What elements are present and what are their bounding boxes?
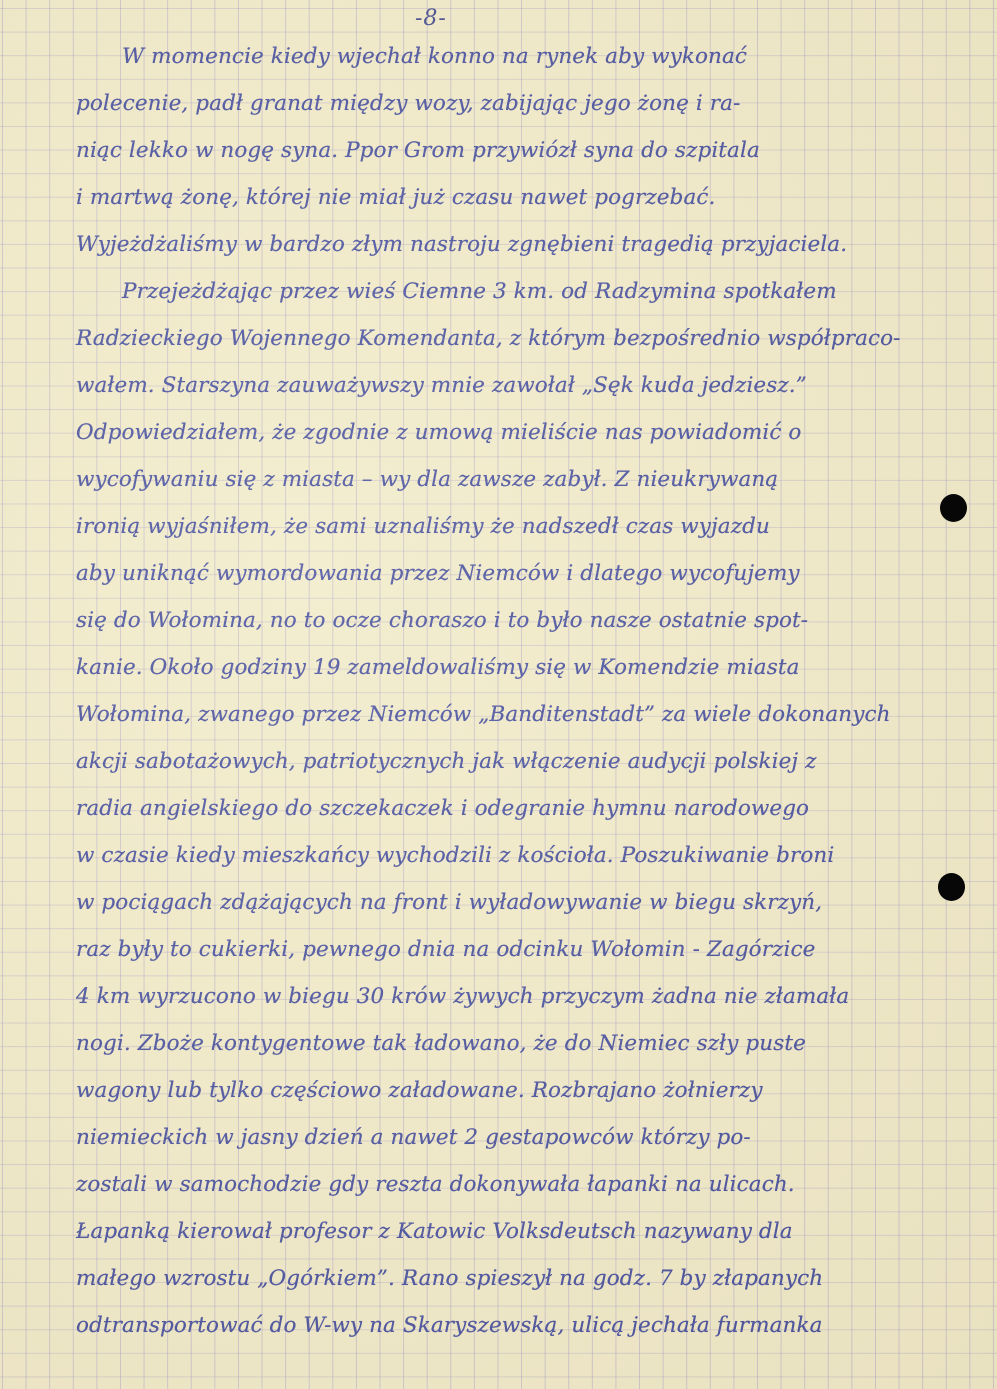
text-line: wycofywaniu się z miasta – wy dla zawsze… bbox=[76, 467, 956, 507]
text-line: w pociągach zdążających na front i wyład… bbox=[76, 890, 956, 930]
text-line: Łapanką kierował profesor z Katowic Volk… bbox=[76, 1219, 956, 1259]
text-line: się do Wołomina, no to ocze choraszo i t… bbox=[76, 608, 956, 648]
text-line: aby uniknąć wymordowania przez Niemców i… bbox=[76, 561, 956, 601]
text-line: W momencie kiedy wjechał konno na rynek … bbox=[122, 44, 997, 84]
text-line: nogi. Zboże kontygentowe tak ładowano, ż… bbox=[76, 1031, 956, 1071]
text-line: 4 km wyrzucono w biegu 30 krów żywych pr… bbox=[76, 984, 956, 1024]
notebook-page: -8- W momencie kiedy wjechał konno na ry… bbox=[0, 0, 997, 1389]
text-line: kanie. Około godziny 19 zameldowaliśmy s… bbox=[76, 655, 956, 695]
text-line: Radzieckiego Wojennego Komendanta, z któ… bbox=[76, 326, 956, 366]
punch-hole bbox=[938, 873, 965, 901]
text-line: Wołomina, zwanego przez Niemców „Bandite… bbox=[76, 702, 956, 742]
text-line: i martwą żonę, której nie miał już czasu… bbox=[76, 185, 956, 225]
text-line: polecenie, padł granat między wozy, zabi… bbox=[76, 91, 956, 131]
punch-hole bbox=[940, 494, 967, 522]
text-line: małego wzrostu „Ogórkiem”. Rano spieszył… bbox=[76, 1266, 956, 1306]
text-line: Wyjeżdżaliśmy w bardzo złym nastroju zgn… bbox=[76, 232, 956, 272]
text-line: wagony lub tylko częściowo załadowane. R… bbox=[76, 1078, 956, 1118]
text-line: wałem. Starszyna zauważywszy mnie zawoła… bbox=[76, 373, 956, 413]
text-line: ironią wyjaśniłem, że sami uznaliśmy że … bbox=[76, 514, 956, 554]
text-line: Odpowiedziałem, że zgodnie z umową mieli… bbox=[76, 420, 956, 460]
text-line: raz były to cukierki, pewnego dnia na od… bbox=[76, 937, 956, 977]
text-line: niąc lekko w nogę syna. Ppor Grom przywi… bbox=[76, 138, 956, 178]
page-number: -8- bbox=[415, 6, 447, 31]
text-line: niemieckich w jasny dzień a nawet 2 gest… bbox=[76, 1125, 956, 1165]
text-line: w czasie kiedy mieszkańcy wychodzili z k… bbox=[76, 843, 956, 883]
text-line: Przejeżdżając przez wieś Ciemne 3 km. od… bbox=[122, 279, 997, 319]
text-line: radia angielskiego do szczekaczek i odeg… bbox=[76, 796, 956, 836]
text-line: akcji sabotażowych, patriotycznych jak w… bbox=[76, 749, 956, 789]
text-line: odtransportować do W-wy na Skaryszewską,… bbox=[76, 1313, 956, 1353]
text-line: zostali w samochodzie gdy reszta dokonyw… bbox=[76, 1172, 956, 1212]
